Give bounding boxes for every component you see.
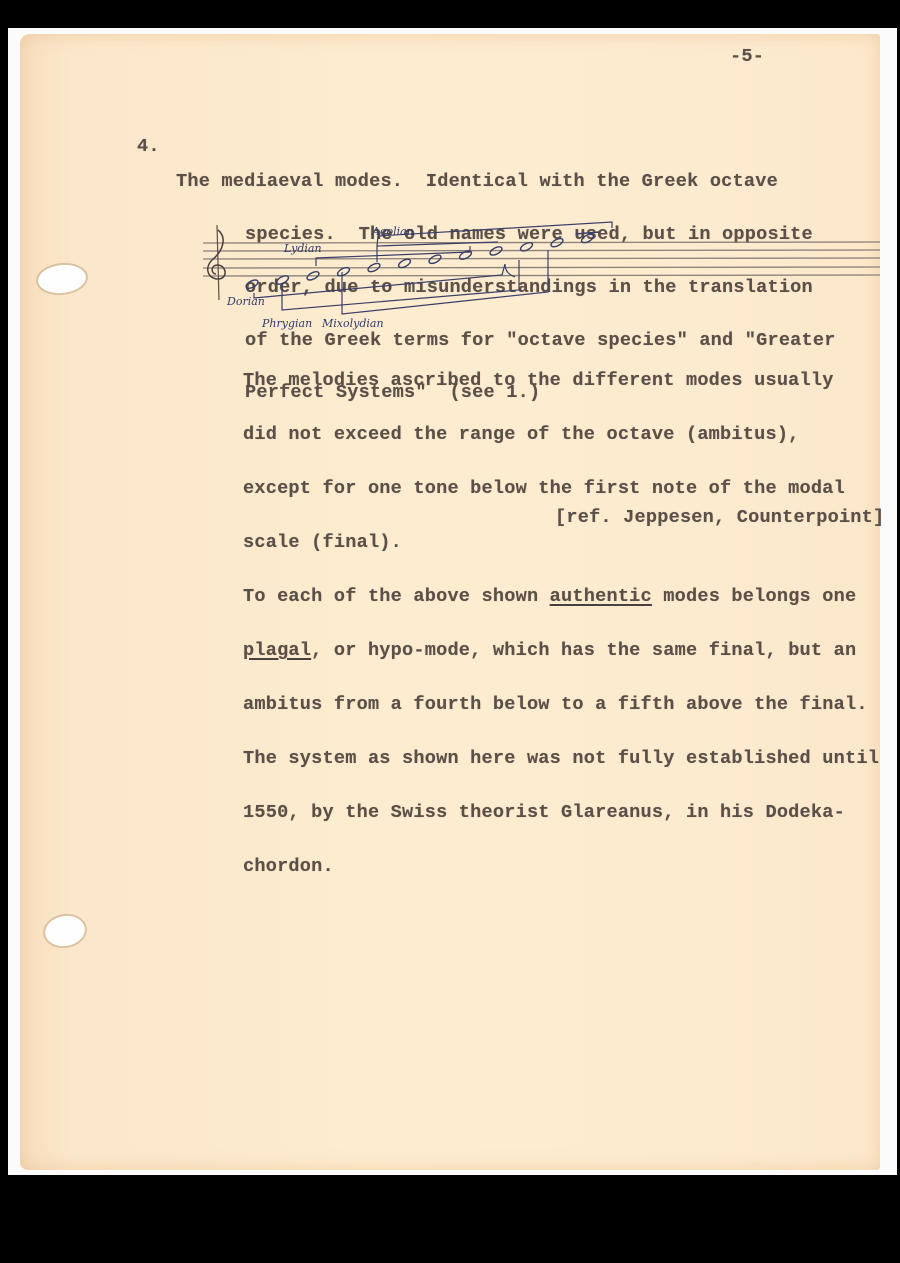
label-phrygian: Phrygian	[261, 317, 312, 330]
body-paragraph: The melodies ascribed to the different m…	[243, 336, 879, 894]
text-line: ambitus from a fourth below to a fifth a…	[243, 696, 879, 714]
underlined-term-authentic: authentic	[550, 586, 652, 607]
treble-clef-icon	[208, 230, 225, 279]
text-line: plagal, or hypo-mode, which has the same…	[243, 642, 879, 660]
text-line: chordon.	[243, 858, 879, 876]
text-line: 1550, by the Swiss theorist Glareanus, i…	[243, 804, 879, 822]
label-dorian: Dorian	[226, 295, 265, 308]
underlined-term-plagal: plagal	[243, 640, 311, 661]
text-segment: modes belongs one	[652, 586, 856, 607]
label-aeolian: Aeolian	[371, 225, 414, 238]
music-staff-example: Dorian Phrygian Lydian Mixolydian Aeolia…	[0, 0, 900, 340]
text-line: The melodies ascribed to the different m…	[243, 372, 879, 390]
text-line: scale (final).	[243, 534, 879, 552]
label-mixolydian: Mixolydian	[321, 317, 384, 330]
text-line: The system as shown here was not fully e…	[243, 750, 879, 768]
note-heads	[245, 232, 600, 290]
text-line: did not exceed the range of the octave (…	[243, 426, 879, 444]
text-line: To each of the above shown authentic mod…	[243, 588, 879, 606]
note-head	[245, 278, 259, 290]
text-segment: , or hypo-mode, which has the same final…	[311, 640, 856, 661]
text-line: except for one tone below the first note…	[243, 480, 879, 498]
label-lydian: Lydian	[283, 242, 322, 255]
reference-citation: [ref. Jeppesen, Counterpoint]	[555, 509, 884, 527]
text-segment: To each of the above shown	[243, 586, 550, 607]
